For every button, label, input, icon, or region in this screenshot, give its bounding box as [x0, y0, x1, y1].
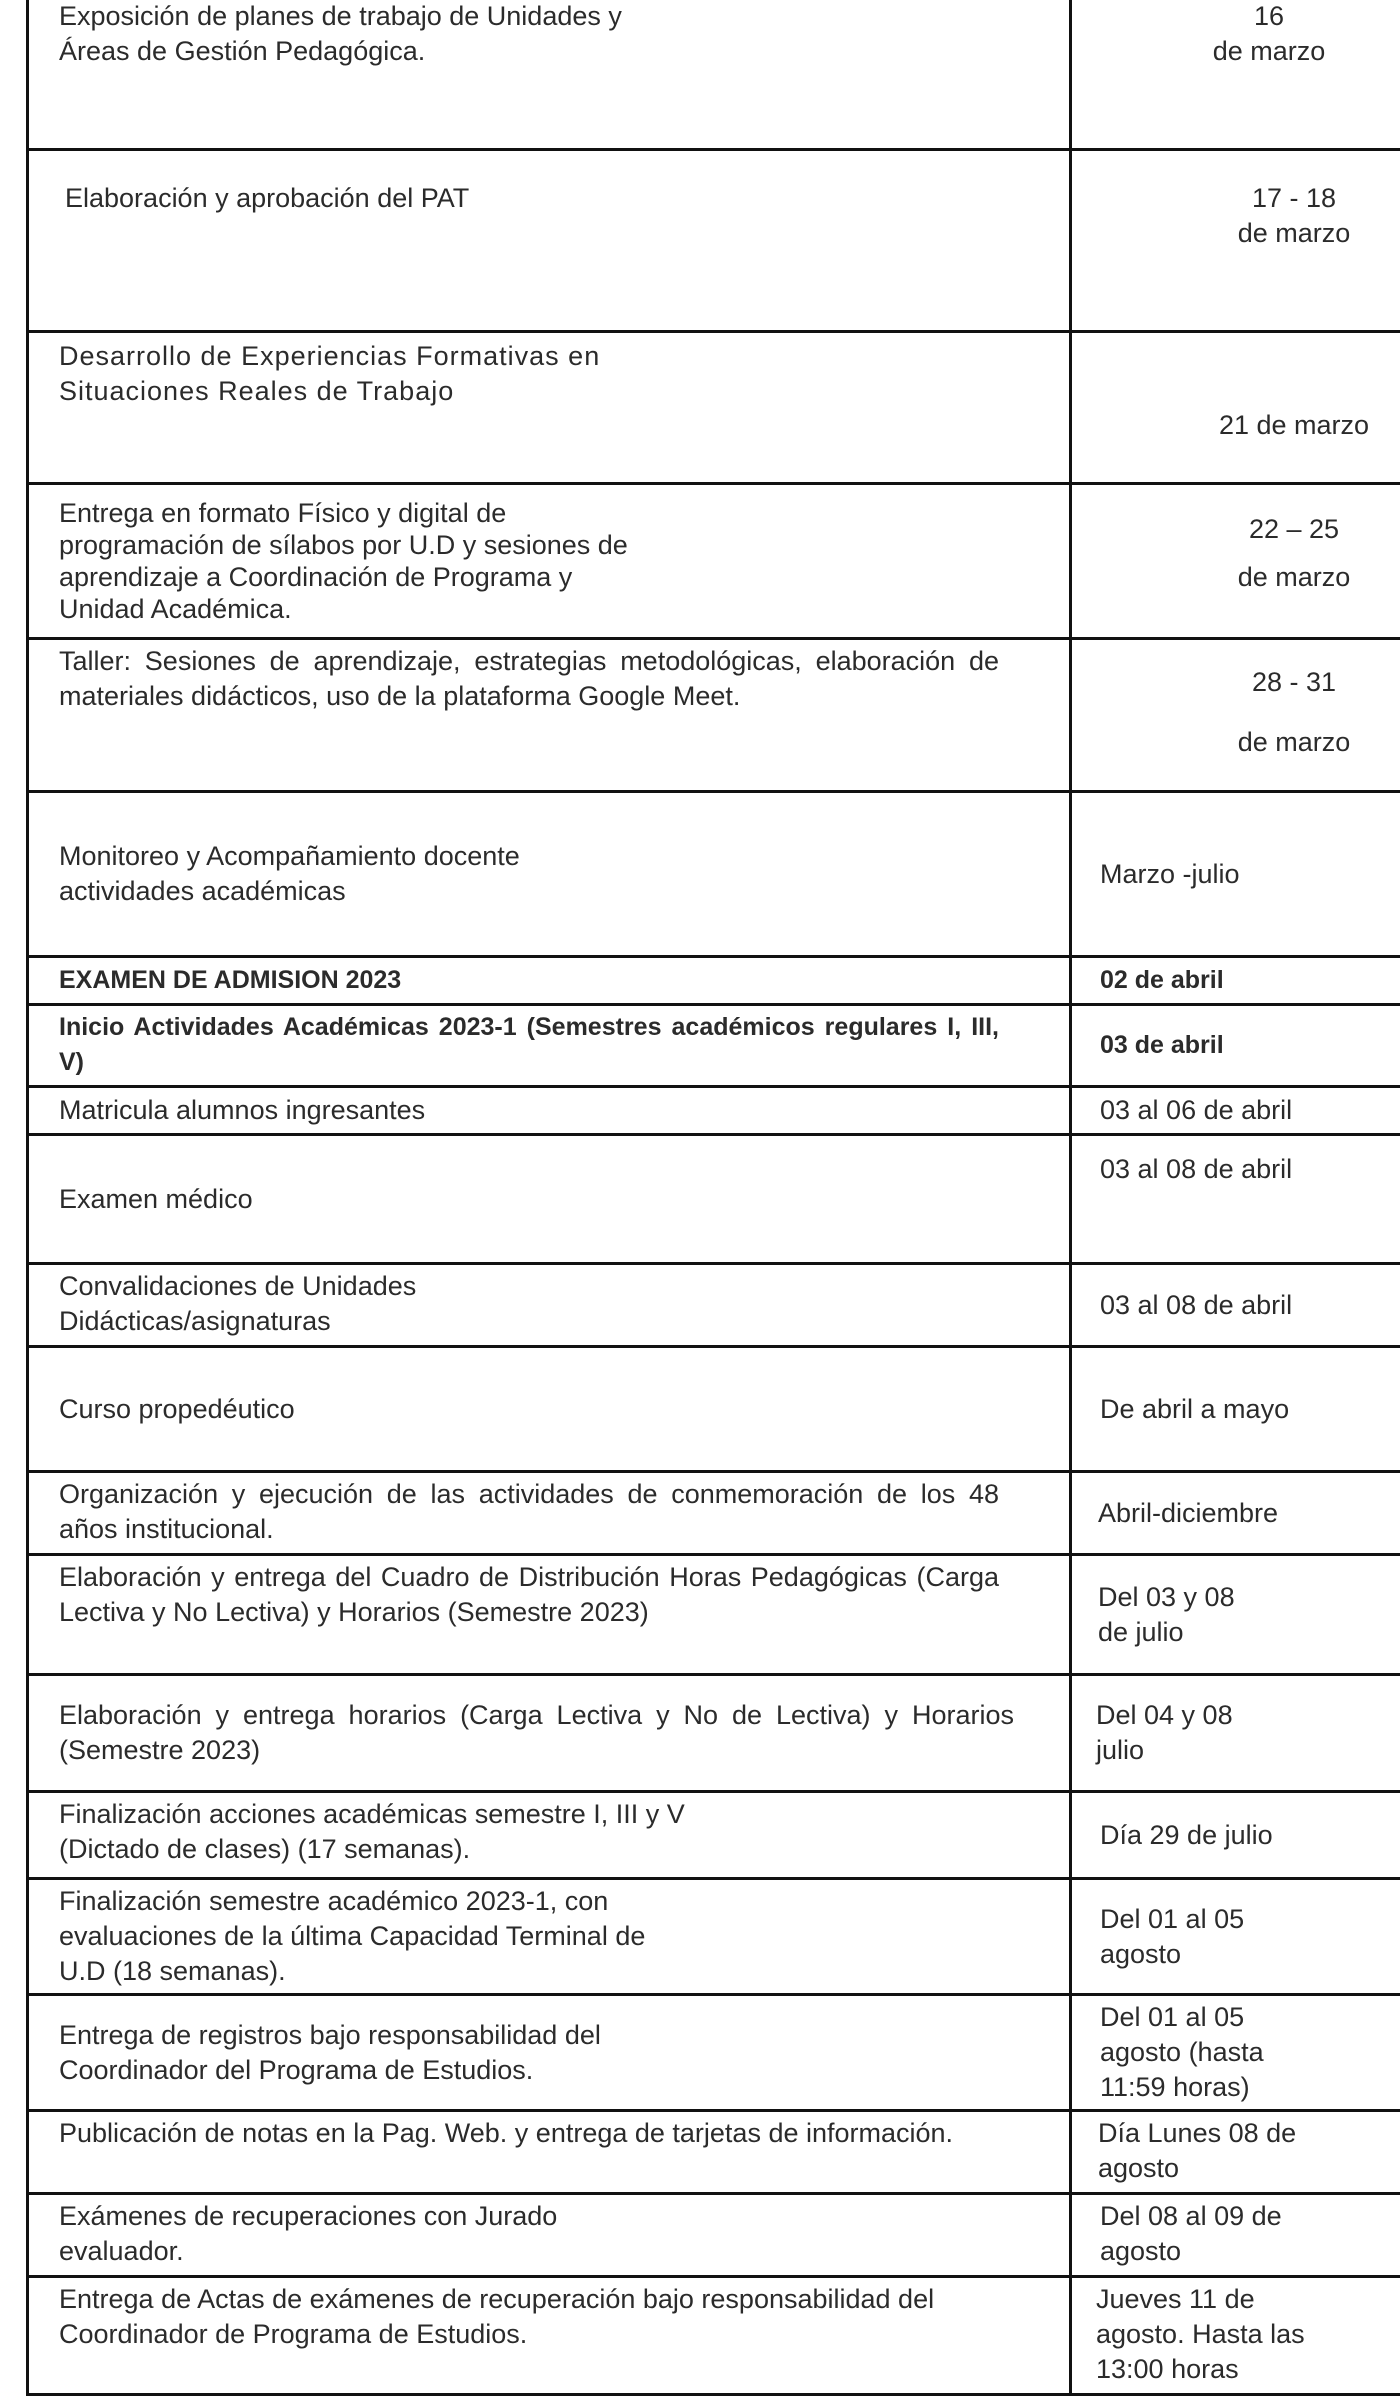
date-cell: 22 – 25 de marzo [1071, 484, 1400, 639]
table-row: Elaboración y aprobación del PAT 17 - 18… [28, 150, 1400, 332]
activity-cell: Examen médico [28, 1135, 1071, 1264]
date-cell: Abril-diciembre [1071, 1472, 1400, 1555]
activity-cell: Finalización acciones académicas semestr… [28, 1792, 1071, 1879]
activity-cell: Convalidaciones de Unidades Didácticas/a… [28, 1264, 1071, 1347]
table-row: Finalización acciones académicas semestr… [28, 1792, 1400, 1879]
activity-cell: Publicación de notas en la Pag. Web. y e… [28, 2111, 1071, 2194]
activity-cell: Finalización semestre académico 2023-1, … [28, 1879, 1071, 1995]
activity-cell: Taller: Sesiones de aprendizaje, estrate… [28, 639, 1071, 792]
date-cell: 17 - 18 de marzo [1071, 150, 1400, 332]
date-cell: 28 - 31 de marzo [1071, 639, 1400, 792]
table-row: Exposición de planes de trabajo de Unida… [28, 0, 1400, 150]
activity-cell: Matricula alumnos ingresantes [28, 1087, 1071, 1135]
table-row: Entrega en formato Físico y digital de p… [28, 484, 1400, 639]
table-row: Entrega de registros bajo responsabilida… [28, 1995, 1400, 2111]
date-cell: Del 04 y 08 julio [1071, 1675, 1400, 1792]
activity-cell: Entrega de registros bajo responsabilida… [28, 1995, 1071, 2111]
activity-cell: Exposición de planes de trabajo de Unida… [28, 0, 1071, 150]
table-row: Exámenes de recuperaciones con Jurado ev… [28, 2194, 1400, 2277]
activity-cell: Curso propedéutico [28, 1347, 1071, 1472]
date-cell: Día 29 de julio [1071, 1792, 1400, 1879]
table-row: Finalización semestre académico 2023-1, … [28, 1879, 1400, 1995]
date-cell: 03 al 06 de abril [1071, 1087, 1400, 1135]
date-cell: 21 de marzo [1071, 332, 1400, 484]
date-cell: De abril a mayo [1071, 1347, 1400, 1472]
activity-cell: Exámenes de recuperaciones con Jurado ev… [28, 2194, 1071, 2277]
date-cell: 16 de marzo [1071, 0, 1400, 150]
date-cell: Día Lunes 08 de agosto [1071, 2111, 1400, 2194]
table-row: Inicio Actividades Académicas 2023-1 (Se… [28, 1005, 1400, 1087]
activities-calendar-table: Exposición de planes de trabajo de Unida… [26, 0, 1400, 2396]
activity-cell: Inicio Actividades Académicas 2023-1 (Se… [28, 1005, 1071, 1087]
date-cell: 02 de abril [1071, 957, 1400, 1005]
table-row: Examen médico 03 al 08 de abril [28, 1135, 1400, 1264]
table-row: Monitoreo y Acompañamiento docente activ… [28, 792, 1400, 957]
table-row: Taller: Sesiones de aprendizaje, estrate… [28, 639, 1400, 792]
table-row: Elaboración y entrega del Cuadro de Dist… [28, 1555, 1400, 1675]
activity-cell: Elaboración y entrega horarios (Carga Le… [28, 1675, 1071, 1792]
date-cell: Jueves 11 de agosto. Hasta las 13:00 hor… [1071, 2277, 1400, 2395]
activity-cell: Monitoreo y Acompañamiento docente activ… [28, 792, 1071, 957]
activity-cell: Entrega en formato Físico y digital de p… [28, 484, 1071, 639]
table-row: Elaboración y entrega horarios (Carga Le… [28, 1675, 1400, 1792]
activity-cell: EXAMEN DE ADMISION 2023 [28, 957, 1071, 1005]
table-row: Curso propedéutico De abril a mayo [28, 1347, 1400, 1472]
date-cell: 03 al 08 de abril [1071, 1264, 1400, 1347]
table-row: Publicación de notas en la Pag. Web. y e… [28, 2111, 1400, 2194]
table-row: Convalidaciones de Unidades Didácticas/a… [28, 1264, 1400, 1347]
table-row: Organización y ejecución de las activida… [28, 1472, 1400, 1555]
date-cell: Del 01 al 05 agosto [1071, 1879, 1400, 1995]
table-row: Desarrollo de Experiencias Formativas en… [28, 332, 1400, 484]
activity-cell: Entrega de Actas de exámenes de recupera… [28, 2277, 1071, 2395]
date-cell: Del 03 y 08 de julio [1071, 1555, 1400, 1675]
date-cell: 03 de abril [1071, 1005, 1400, 1087]
date-cell: Del 01 al 05 agosto (hasta 11:59 horas) [1071, 1995, 1400, 2111]
activity-cell: Organización y ejecución de las activida… [28, 1472, 1071, 1555]
table-row: Entrega de Actas de exámenes de recupera… [28, 2277, 1400, 2395]
date-cell: Marzo -julio [1071, 792, 1400, 957]
date-cell: Del 08 al 09 de agosto [1071, 2194, 1400, 2277]
activity-cell: Elaboración y entrega del Cuadro de Dist… [28, 1555, 1071, 1675]
table-row: EXAMEN DE ADMISION 2023 02 de abril [28, 957, 1400, 1005]
table-row: Matricula alumnos ingresantes 03 al 06 d… [28, 1087, 1400, 1135]
activity-cell: Elaboración y aprobación del PAT [28, 150, 1071, 332]
date-cell: 03 al 08 de abril [1071, 1135, 1400, 1264]
activity-cell: Desarrollo de Experiencias Formativas en… [28, 332, 1071, 484]
